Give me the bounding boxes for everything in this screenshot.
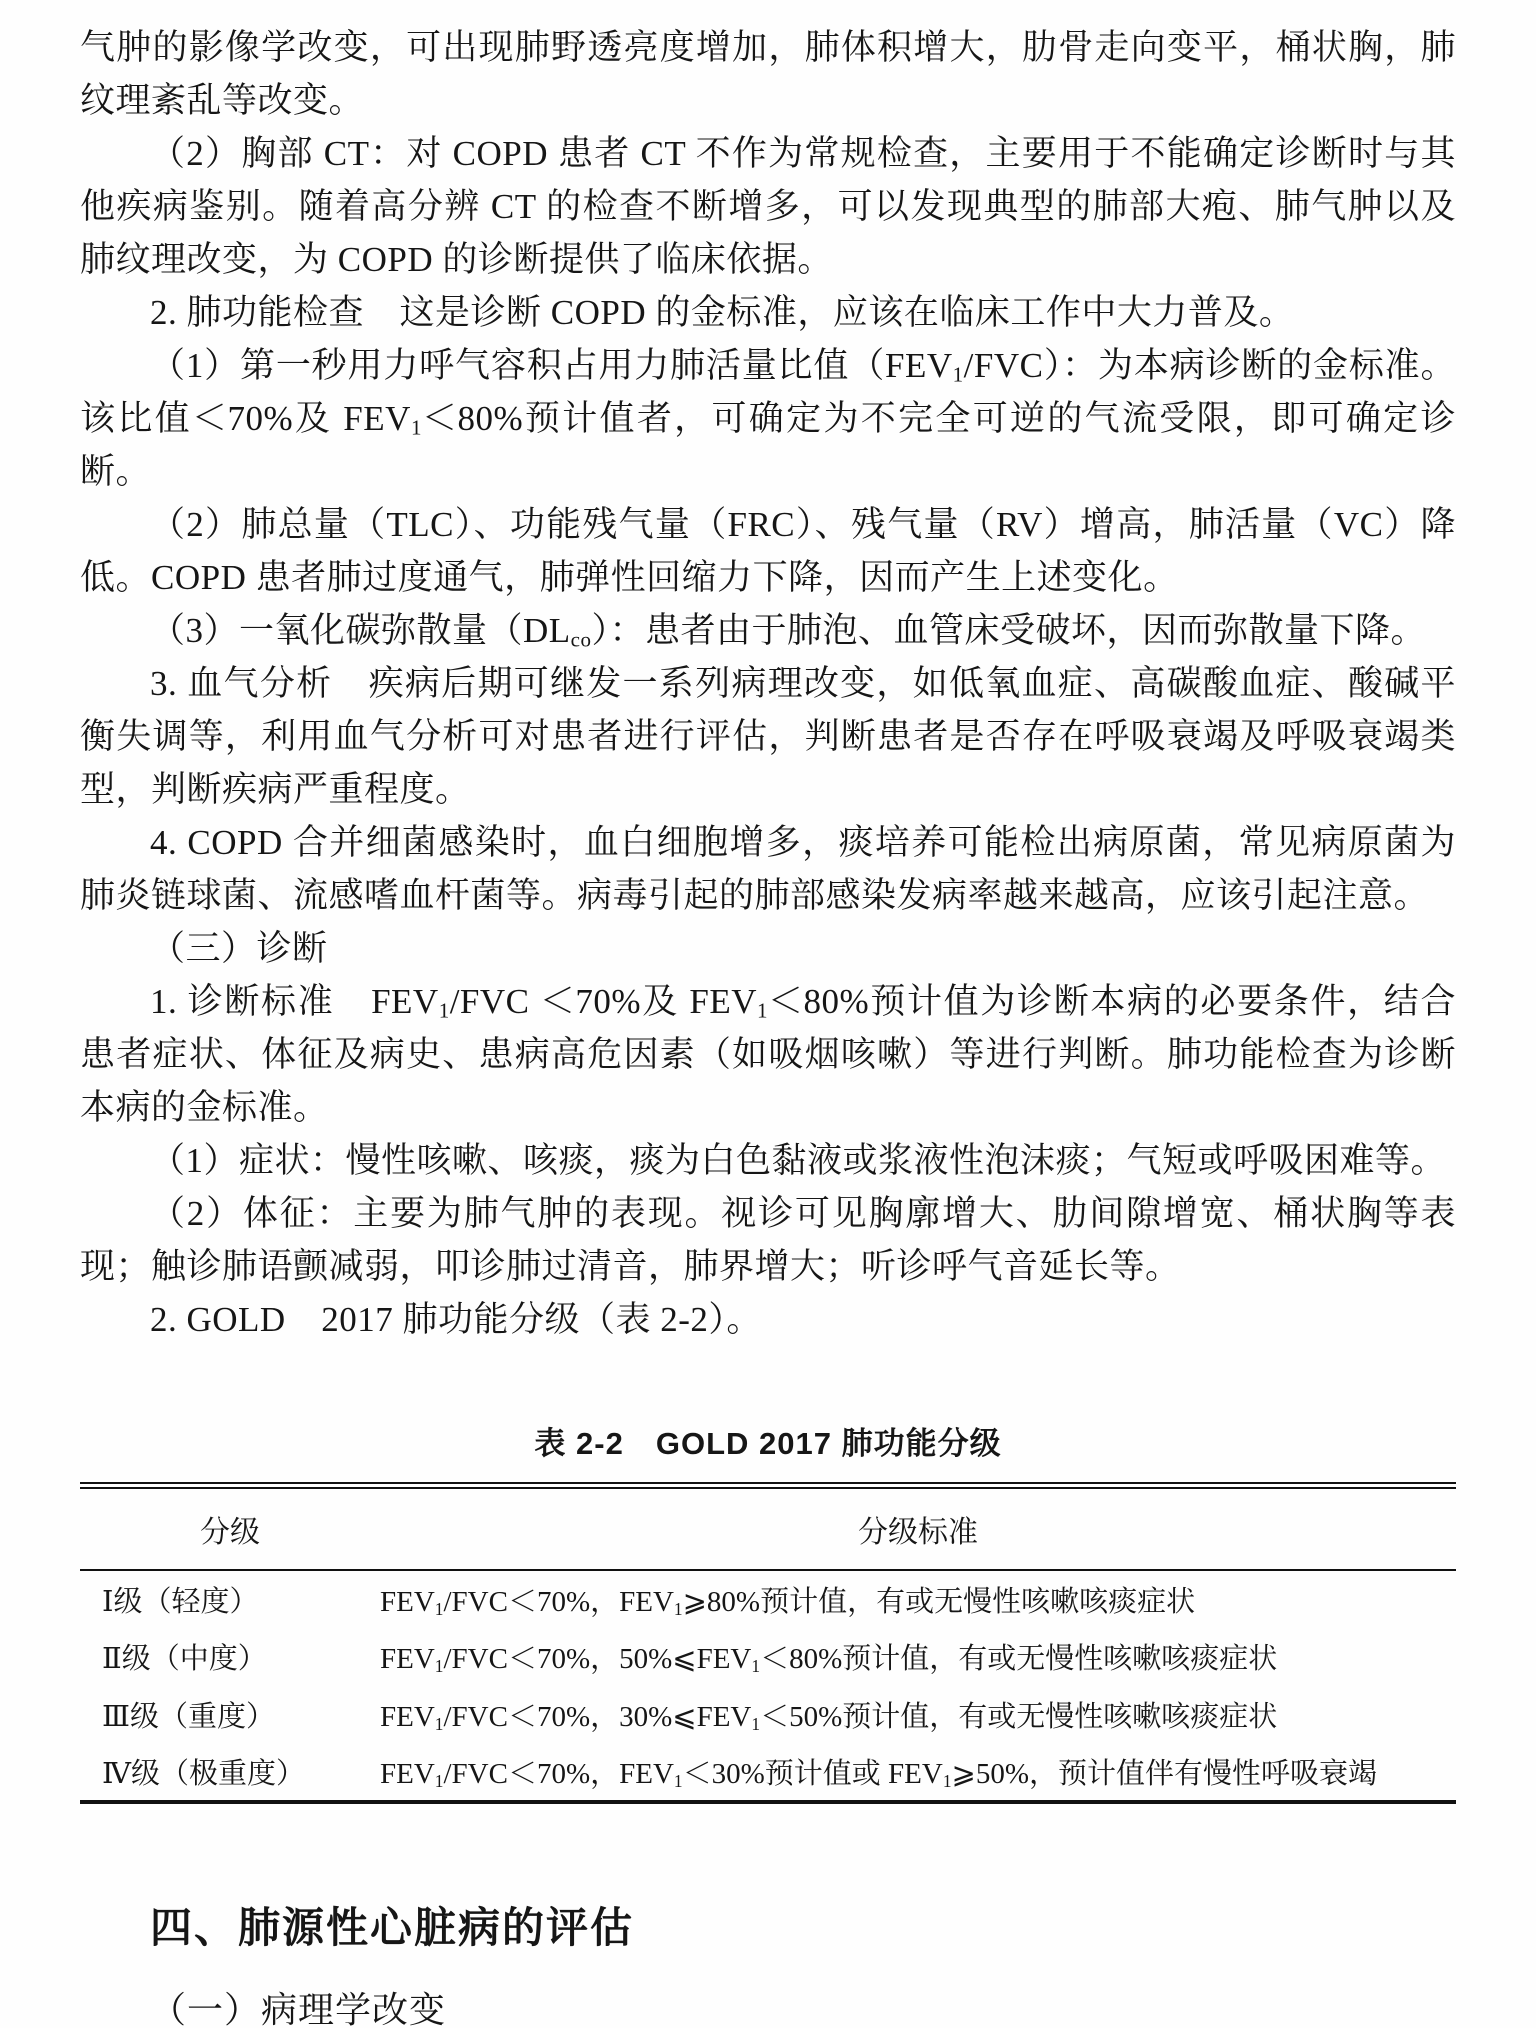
paragraph-lung-function: 2. 肺功能检查 这是诊断 COPD 的金标准，应该在临床工作中大力普及。 [80,286,1456,339]
table-row: Ⅰ级（轻度） FEV1/FVC＜70%，FEV1⩾80%预计值，有或无慢性咳嗽咳… [80,1570,1456,1628]
column-header-criteria: 分级标准 [380,1486,1456,1570]
paragraph-chest-ct: （2）胸部 CT：对 COPD 患者 CT 不作为常规检查，主要用于不能确定诊断… [80,127,1456,286]
grade-cell: Ⅱ级（中度） [80,1628,380,1686]
grade-cell: Ⅳ级（极重度） [80,1744,380,1802]
table-row: Ⅱ级（中度） FEV1/FVC＜70%，50%⩽FEV1＜80%预计值，有或无慢… [80,1628,1456,1686]
gold-2017-table: 分级 分级标准 Ⅰ级（轻度） FEV1/FVC＜70%，FEV1⩾80%预计值，… [80,1482,1456,1804]
paragraph-blood-gas: 3. 血气分析 疾病后期可继发一系列病理改变，如低氧血症、高碳酸血症、酸碱平衡失… [80,657,1456,816]
criteria-cell: FEV1/FVC＜70%，50%⩽FEV1＜80%预计值，有或无慢性咳嗽咳痰症状 [380,1628,1456,1686]
paragraph-diagnosis-heading: （三）诊断 [80,922,1456,975]
table-header-row: 分级 分级标准 [80,1486,1456,1570]
table-row: Ⅲ级（重度） FEV1/FVC＜70%，30%⩽FEV1＜50%预计值，有或无慢… [80,1686,1456,1744]
criteria-cell: FEV1/FVC＜70%，30%⩽FEV1＜50%预计值，有或无慢性咳嗽咳痰症状 [380,1686,1456,1744]
paragraph-lung-volumes: （2）肺总量（TLC）、功能残气量（FRC）、残气量（RV）增高，肺活量（VC）… [80,498,1456,604]
paragraph-dlco: （3）一氧化碳弥散量（DLco）：患者由于肺泡、血管床受破坏，因而弥散量下降。 [80,604,1456,657]
grade-cell: Ⅲ级（重度） [80,1686,380,1744]
gold-2017-table-block: 表 2-2 GOLD 2017 肺功能分级 分级 分级标准 Ⅰ级（轻度） FEV… [80,1422,1456,1804]
document-page: 气肿的影像学改变，可出现肺野透亮度增加，肺体积增大，肋骨走向变平，桶状胸，肺纹理… [0,0,1536,2028]
column-header-grade: 分级 [80,1486,380,1570]
section-heading-cor-pulmonale: 四、肺源性心脏病的评估 [150,1898,1456,1958]
grade-cell: Ⅰ级（轻度） [80,1570,380,1628]
paragraph-infection: 4. COPD 合并细菌感染时，血白细胞增多，痰培养可能检出病原菌，常见病原菌为… [80,816,1456,922]
criteria-cell: FEV1/FVC＜70%，FEV1⩾80%预计值，有或无慢性咳嗽咳痰症状 [380,1570,1456,1628]
paragraph-diagnosis-criteria: 1. 诊断标准 FEV1/FVC ＜70%及 FEV1＜80%预计值为诊断本病的… [80,975,1456,1134]
page-content: 气肿的影像学改变，可出现肺野透亮度增加，肺体积增大，肋骨走向变平，桶状胸，肺纹理… [0,0,1536,2028]
paragraph-continuation: 气肿的影像学改变，可出现肺野透亮度增加，肺体积增大，肋骨走向变平，桶状胸，肺纹理… [80,21,1456,127]
criteria-cell: FEV1/FVC＜70%，FEV1＜30%预计值或 FEV1⩾50%，预计值伴有… [380,1744,1456,1802]
paragraph-fev1-fvc: （1）第一秒用力呼气容积占用力肺活量比值（FEV1/FVC）：为本病诊断的金标准… [80,339,1456,498]
table-row: Ⅳ级（极重度） FEV1/FVC＜70%，FEV1＜30%预计值或 FEV1⩾5… [80,1744,1456,1802]
paragraph-symptoms: （1）症状：慢性咳嗽、咳痰，痰为白色黏液或浆液性泡沫痰；气短或呼吸困难等。 [80,1134,1456,1187]
paragraph-signs: （2）体征：主要为肺气肿的表现。视诊可见胸廓增大、肋间隙增宽、桶状胸等表现；触诊… [80,1187,1456,1293]
paragraph-gold-grading: 2. GOLD 2017 肺功能分级（表 2-2）。 [80,1293,1456,1346]
sub-heading-pathology: （一）病理学改变 [150,1984,1456,2028]
table-title: 表 2-2 GOLD 2017 肺功能分级 [80,1422,1456,1466]
